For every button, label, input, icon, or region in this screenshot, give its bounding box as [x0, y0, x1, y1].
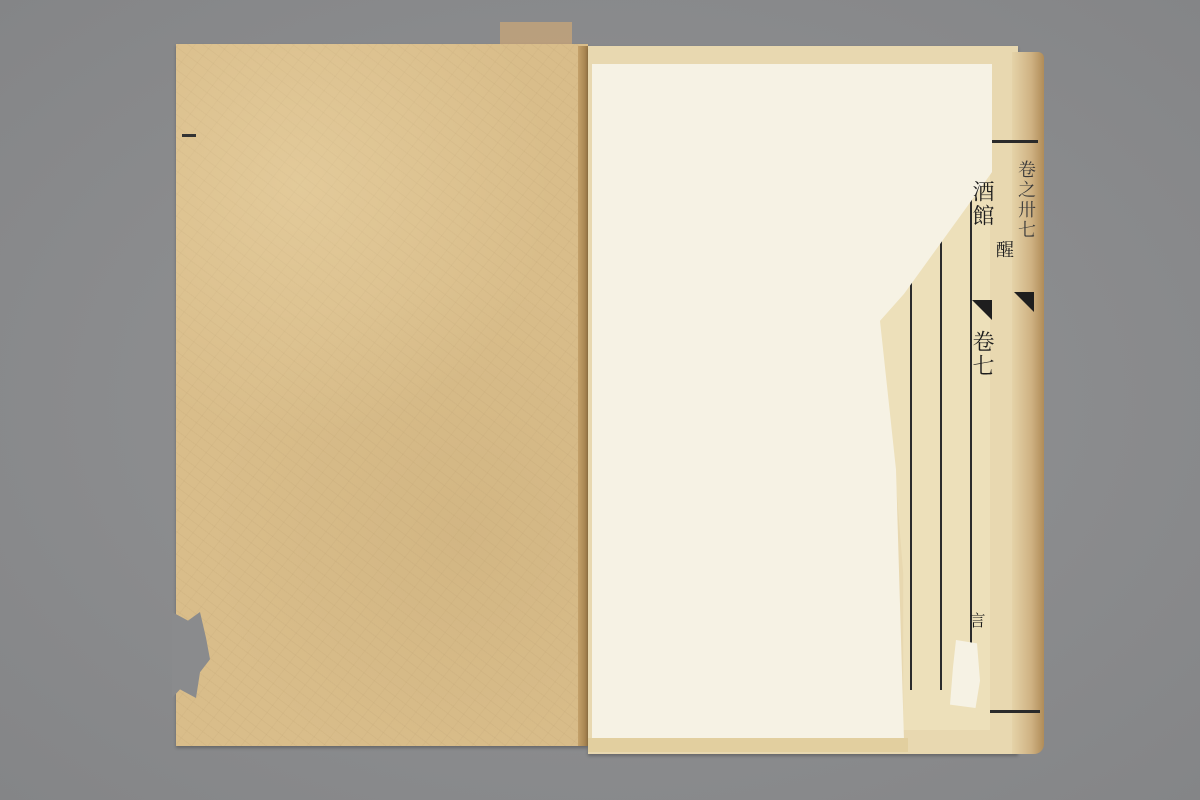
- binding-edge-mark: [182, 134, 196, 137]
- printed-border-top: [990, 140, 1038, 143]
- page-bottom-edge: [588, 738, 908, 752]
- fishtail-mark: [1014, 292, 1034, 312]
- fishtail-mark: [972, 300, 992, 320]
- spine-text-volume: 卷七: [970, 330, 992, 378]
- page-edge-text: 卷之卅七: [1016, 160, 1034, 240]
- column-rule: [910, 250, 912, 690]
- left-cover-page: [176, 44, 588, 746]
- spine-text-sub: 醒: [994, 240, 1012, 260]
- spine-text-title: 酒館: [970, 180, 992, 228]
- worm-damage-hole: [172, 612, 212, 698]
- page-stack-edge: [1012, 52, 1044, 754]
- column-rule: [940, 210, 942, 690]
- page-footer-char: 言: [968, 612, 984, 630]
